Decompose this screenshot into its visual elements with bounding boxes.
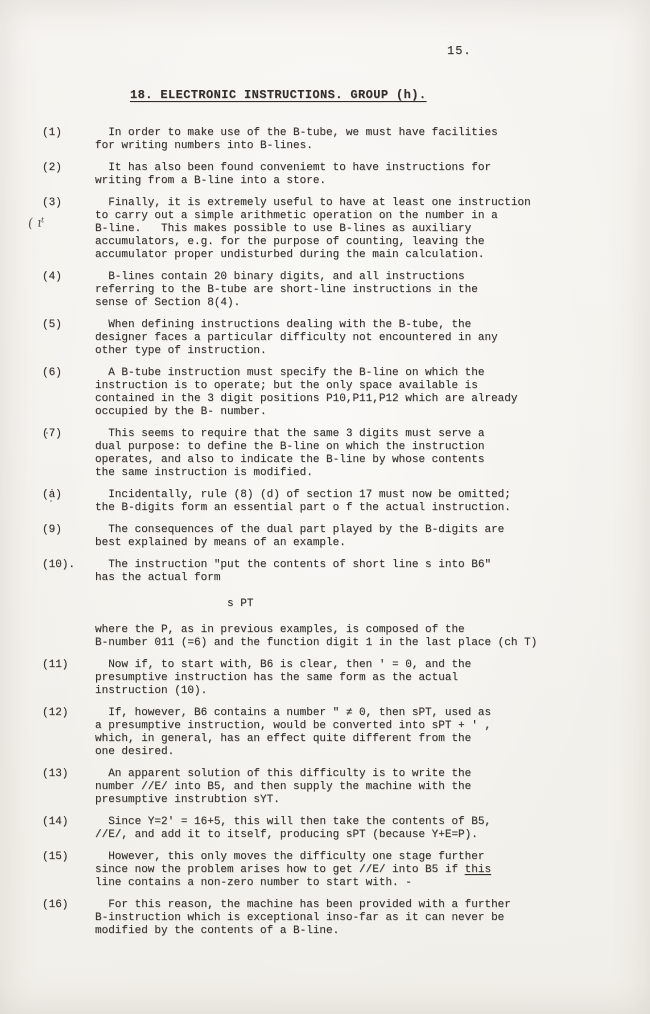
paragraph-number: (7): [42, 428, 95, 441]
paragraph-number: (16): [42, 899, 95, 912]
paragraph-number: (ȧ): [42, 489, 95, 502]
paragraph-text-segment: However, this only moves the difficulty …: [95, 851, 484, 876]
paragraph-number: (6): [42, 367, 95, 380]
paragraph-text: The consequences of the dual part played…: [95, 524, 595, 550]
paragraph-text-with-formula: The instruction "put the contents of sho…: [95, 559, 595, 650]
page-number: 15.: [447, 44, 472, 58]
paragraph-10: (10). The instruction "put the contents …: [42, 559, 617, 650]
paragraph-number: (3): [42, 197, 95, 210]
paragraph-5: (5) When defining instructions dealing w…: [42, 319, 617, 358]
paragraph-8: (ȧ) Incidentally, rule (8) (d) of sectio…: [42, 489, 617, 515]
paragraph-number: (14): [42, 816, 95, 829]
paragraph-text: It has also been found conveniemt to hav…: [95, 162, 595, 188]
paragraph-text: Finally, it is extremely useful to have …: [95, 197, 595, 262]
paragraph-text: Since Y=2′ = 16+5, this will then take t…: [95, 816, 595, 842]
paragraph-text: For this reason, the machine has been pr…: [95, 899, 595, 938]
paragraph-text-segment: line contains a non-zero number to start…: [95, 877, 412, 889]
paragraph-text: Incidentally, rule (8) (d) of section 17…: [95, 489, 595, 515]
paragraph-text: A B-tube instruction must specify the B-…: [95, 367, 595, 419]
paragraph-4: (4) B-lines contain 20 binary digits, an…: [42, 271, 617, 310]
paragraph-15: (15) However, this only moves the diffic…: [42, 851, 617, 890]
paragraph-number: (5): [42, 319, 95, 332]
underlined-word: this: [465, 864, 491, 876]
paragraph-9: (9) The consequences of the dual part pl…: [42, 524, 617, 550]
paragraph-text: An apparent solution of this difficulty …: [95, 768, 595, 807]
paragraph-text: Now if, to start with, B6 is clear, then…: [95, 659, 595, 698]
paragraph-3: (3) Finally, it is extremely useful to h…: [42, 197, 617, 262]
paragraph-12: (12) If, however, B6 contains a number ″…: [42, 707, 617, 759]
paragraph-number: (10).: [42, 559, 95, 572]
paragraph-14: (14) Since Y=2′ = 16+5, this will then t…: [42, 816, 617, 842]
paragraph-2: (2) It has also been found conveniemt to…: [42, 162, 617, 188]
paragraph-number: (13): [42, 768, 95, 781]
paragraph-16: (16) For this reason, the machine has be…: [42, 899, 617, 938]
paragraph-number: (11): [42, 659, 95, 672]
paragraph-number: (12): [42, 707, 95, 720]
paragraph-number: (2): [42, 162, 95, 175]
paragraph-text: However, this only moves the difficulty …: [95, 851, 595, 890]
paragraph-number: (4): [42, 271, 95, 284]
paragraph-text: When defining instructions dealing with …: [95, 319, 595, 358]
paragraph-number: (9): [42, 524, 95, 537]
paragraph-text: If, however, B6 contains a number ″ ≠ 0,…: [95, 707, 595, 759]
page-content: 18. ELECTRONIC INSTRUCTIONS. GROUP (h). …: [42, 88, 617, 947]
paragraph-11: (11) Now if, to start with, B6 is clear,…: [42, 659, 617, 698]
paragraph-13: (13) An apparent solution of this diffic…: [42, 768, 617, 807]
paragraph-1: (1) In order to make use of the B-tube, …: [42, 127, 617, 153]
paragraph-text: B-lines contain 20 binary digits, and al…: [95, 271, 595, 310]
paragraph-number: (1): [42, 127, 95, 140]
document-page: 15. ( ıᵗ 18. ELECTRONIC INSTRUCTIONS. GR…: [0, 0, 650, 1014]
paragraph-number: (15): [42, 851, 95, 864]
paragraph-6: (6) A B-tube instruction must specify th…: [42, 367, 617, 419]
paragraph-text: In order to make use of the B-tube, we m…: [95, 127, 595, 153]
paragraph-7: (7) This seems to require that the same …: [42, 428, 617, 480]
section-heading: 18. ELECTRONIC INSTRUCTIONS. GROUP (h).: [130, 88, 617, 102]
paragraph-text: This seems to require that the same 3 di…: [95, 428, 595, 480]
